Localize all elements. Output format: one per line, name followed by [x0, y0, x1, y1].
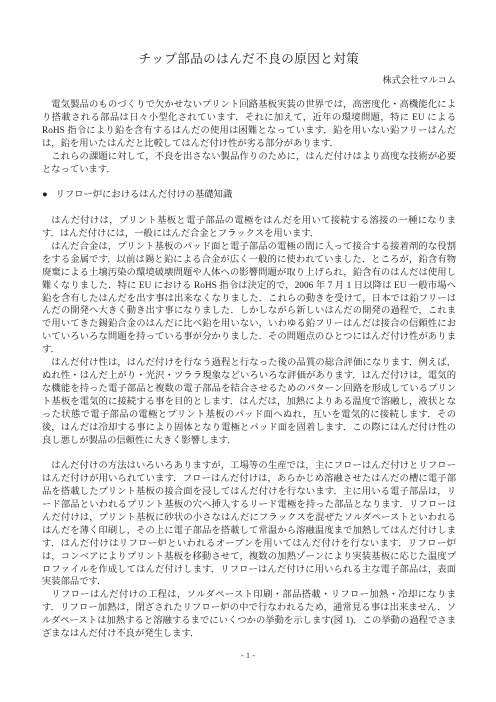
paragraph-intro-2: これらの課題に対して，不良を出さない製品作りのために，はんだ付けはより高度な技術…	[42, 151, 456, 177]
document-title: チップ部品のはんだ不良の原因と対策	[42, 50, 456, 68]
paragraph-methods-2: リフローはんだ付けの工程は，ソルダペースト印刷・部品搭載・リフロー加熱・冷却にな…	[42, 589, 456, 641]
document-author: 株式会社マルコム	[42, 74, 456, 87]
paragraph-basics-2: はんだ合金は，プリント基板のパッド面と電子部品の電極の間に入って接合する接着剤的…	[42, 241, 456, 357]
document-page: チップ部品のはんだ不良の原因と対策 株式会社マルコム 電気製品のものづくりで欠か…	[0, 0, 496, 702]
bullet-icon: ●	[42, 189, 48, 202]
paragraph-intro-1: 電気製品のものづくりで欠かせないプリント回路基板実装の世界では，高密度化・高機能…	[42, 99, 456, 151]
section-heading-label: リフロー炉におけるはんだ付けの基礎知識	[56, 189, 233, 202]
blank-line	[42, 202, 456, 215]
blank-line	[42, 447, 456, 460]
paragraph-methods-1: はんだ付けの方法はいろいろありますが，工場等の生産では，主にフローはんだ付けとリ…	[42, 460, 456, 589]
document-body: 電気製品のものづくりで欠かせないプリント回路基板実装の世界では，高密度化・高機能…	[42, 99, 456, 641]
section-heading: ● リフロー炉におけるはんだ付けの基礎知識	[42, 189, 456, 202]
page-number: - 1 -	[0, 650, 496, 660]
paragraph-basics-3: はんだ付け性は，はんだ付けを行なう過程と行なった後の品質の総合評価になります．例…	[42, 357, 456, 447]
document-content: チップ部品のはんだ不良の原因と対策 株式会社マルコム 電気製品のものづくりで欠か…	[42, 50, 456, 641]
blank-line	[42, 176, 456, 189]
paragraph-basics-1: はんだ付けは，プリント基板と電子部品の電極をはんだを用いて接続する溶接の一種にな…	[42, 215, 456, 241]
